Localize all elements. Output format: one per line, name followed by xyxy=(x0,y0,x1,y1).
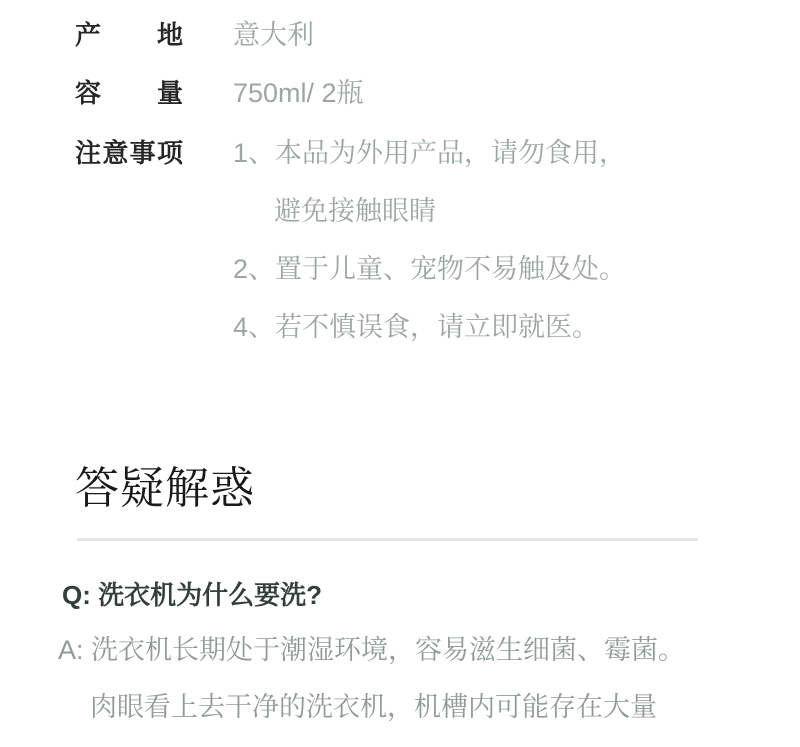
precautions-label: 注意事项 xyxy=(75,138,183,168)
question-line: Q: 洗衣机为什么要洗? xyxy=(62,580,800,610)
qa-section-title: 答疑解惑 xyxy=(75,465,800,513)
section-divider xyxy=(77,538,698,541)
origin-label: 产地 xyxy=(75,20,183,50)
spec-row-capacity: 容量 750ml/ 2瓶 xyxy=(75,78,800,108)
capacity-value: 750ml/ 2瓶 xyxy=(233,78,364,108)
origin-value: 意大利 xyxy=(233,20,314,50)
answer-line-continued: 肉眼看上去干净的洗衣机，机槽内可能存在大量 xyxy=(90,692,800,722)
spec-table: 产地 意大利 容量 750ml/ 2瓶 注意事项 1、本品为外用产品，请勿食用，… xyxy=(0,0,800,370)
spec-row-origin: 产地 意大利 xyxy=(75,20,800,50)
qa-section: 答疑解惑 Q: 洗衣机为什么要洗? A: 洗衣机长期处于潮湿环境，容易滋生细菌、… xyxy=(0,465,800,722)
precaution-item: 1、本品为外用产品，请勿食用， xyxy=(233,138,626,168)
precaution-item-continued: 避免接触眼睛 xyxy=(233,196,626,226)
product-detail-page: 产地 意大利 容量 750ml/ 2瓶 注意事项 1、本品为外用产品，请勿食用，… xyxy=(0,0,800,747)
precaution-item: 2、置于儿童、宠物不易触及处。 xyxy=(233,254,626,284)
answer-line: A: 洗衣机长期处于潮湿环境，容易滋生细菌、霉菌。 xyxy=(58,635,800,665)
precaution-item: 4、若不慎误食，请立即就医。 xyxy=(233,312,626,342)
spec-row-precautions: 注意事项 1、本品为外用产品，请勿食用， 避免接触眼睛 2、置于儿童、宠物不易触… xyxy=(75,138,800,370)
capacity-label: 容量 xyxy=(75,78,183,108)
precautions-list: 1、本品为外用产品，请勿食用， 避免接触眼睛 2、置于儿童、宠物不易触及处。 4… xyxy=(233,138,626,370)
